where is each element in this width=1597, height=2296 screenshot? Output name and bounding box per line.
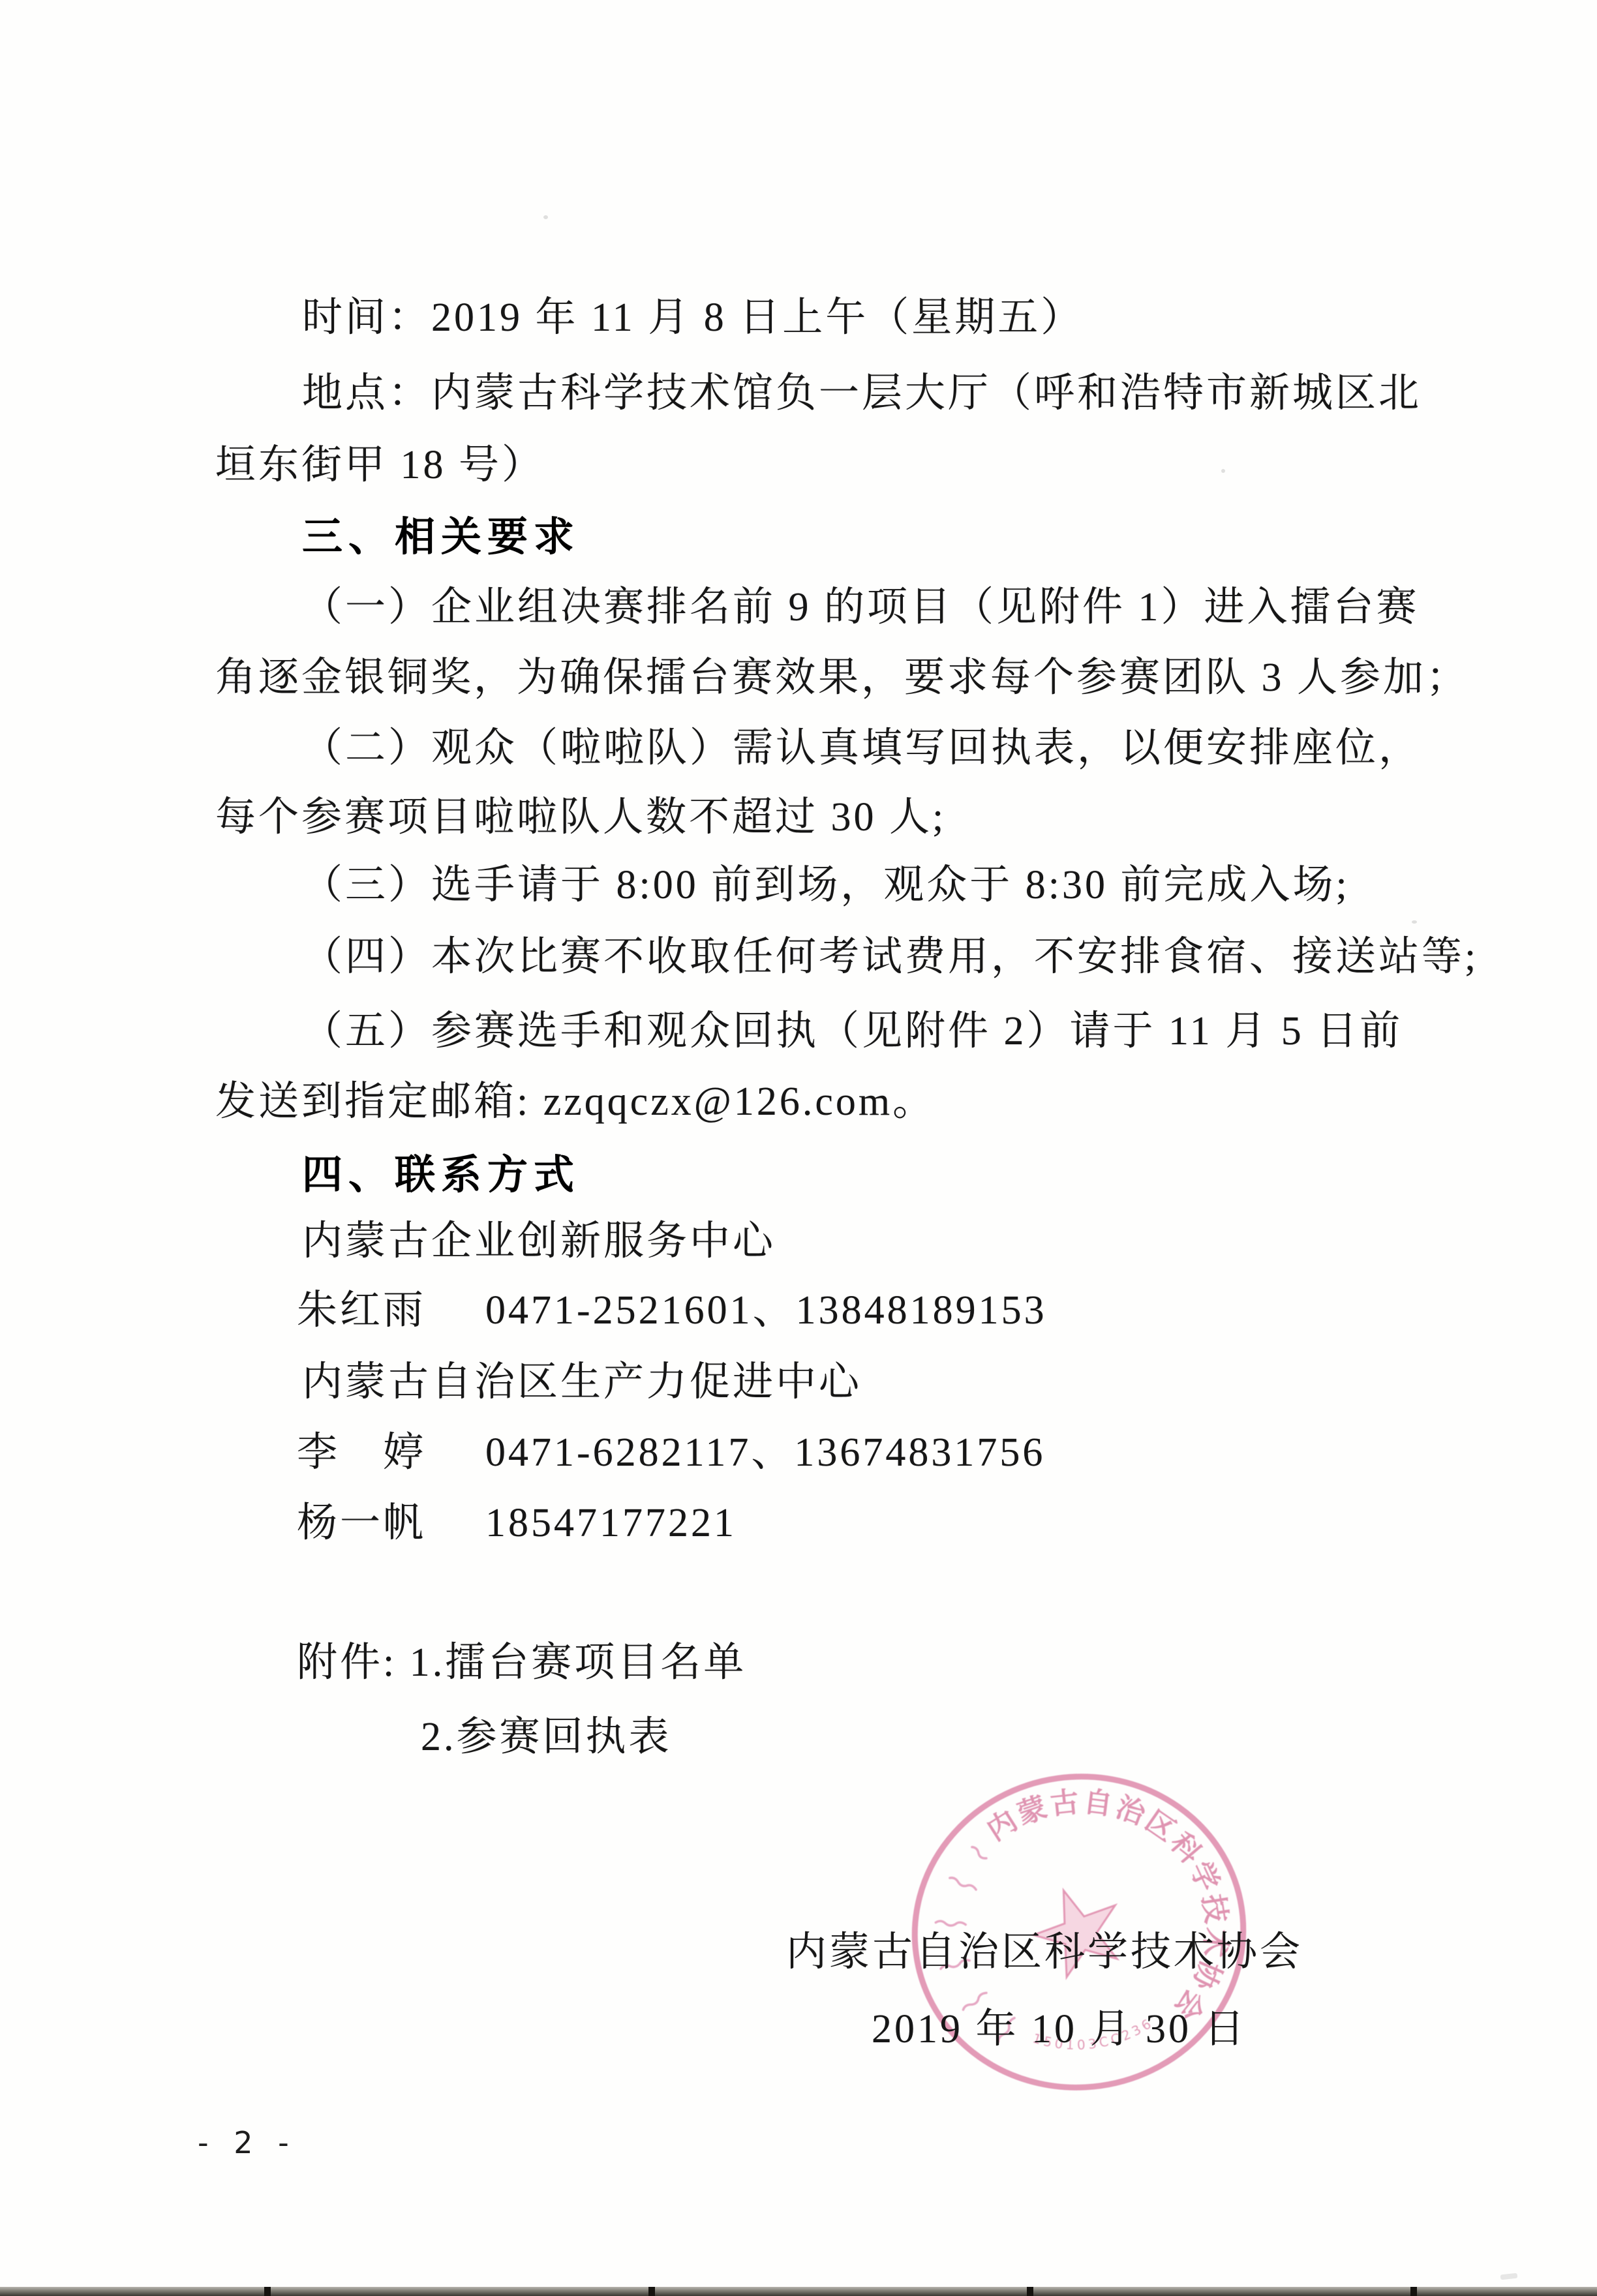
contact-name: 朱红雨 (297, 1288, 485, 1334)
line-place-2: 垣东街甲 18 号） (215, 442, 545, 489)
signature-date: 2019 年 10 月 30 日 (872, 2006, 1247, 2053)
scan-edge-strip (0, 2287, 1597, 2296)
section-heading-3: 三、相关要求 (302, 514, 580, 560)
contact-number: 0471-2521601、13848189153 (485, 1288, 1047, 1333)
line-req3: （三）选手请于 8:00 前到场，观众于 8:30 前完成入场; (302, 862, 1350, 909)
line-req1-b: 角逐金银铜奖，为确保擂台赛效果，要求每个参赛团队 3 人参加； (215, 655, 1469, 701)
line-req2-a: （二）观众（啦啦队）需认真填写回执表，以便安排座位， (302, 725, 1422, 772)
contact-number: 18547177221 (485, 1501, 737, 1545)
scan-edge-mark (264, 2287, 271, 2296)
line-place-1: 地点：内蒙古科学技术馆负一层大厅（呼和浩特市新城区北 (302, 370, 1422, 417)
scan-smudge (1500, 2273, 1518, 2280)
signature-org: 内蒙古自治区科学技术协会 (786, 1929, 1303, 1976)
contact-row: 朱红雨0471-2521601、13848189153 (297, 1288, 1047, 1334)
line-req5-a: （五）参赛选手和观众回执（见附件 2）请于 11 月 5 日前 (302, 1008, 1403, 1055)
line-req4: （四）本次比赛不收取任何考试费用，不安排食宿、接送站等; (302, 934, 1478, 980)
contact-number: 0471-6282117、13674831756 (485, 1430, 1045, 1475)
document-page: 时间：2019 年 11 月 8 日上午（星期五） 地点：内蒙古科学技术馆负一层… (0, 0, 1597, 2296)
page-number: - 2 - (198, 2125, 297, 2160)
contact-row: 李 婷0471-6282117、13674831756 (297, 1430, 1045, 1476)
line-org-2: 内蒙古自治区生产力促进中心 (302, 1359, 862, 1406)
line-attachment-2: 2.参赛回执表 (421, 1714, 672, 1760)
line-attachment-1: 附件: 1.擂台赛项目名单 (297, 1640, 746, 1686)
scan-edge-mark (1027, 2287, 1033, 2296)
section-heading-4: 四、联系方式 (302, 1152, 580, 1198)
line-org-1: 内蒙古企业创新服务中心 (302, 1218, 776, 1265)
contact-name: 杨一帆 (297, 1500, 485, 1547)
scan-edge-mark (1410, 2287, 1417, 2296)
scan-edge-mark (648, 2287, 655, 2296)
scan-speck (1412, 920, 1417, 924)
scan-speck (1221, 469, 1225, 473)
line-time: 时间：2019 年 11 月 8 日上午（星期五） (302, 295, 1084, 341)
contact-row: 杨一帆18547177221 (297, 1500, 737, 1547)
line-req2-b: 每个参赛项目啦啦队人数不超过 30 人; (215, 794, 946, 841)
line-req5-b: 发送到指定邮箱: zzqqczx@126.com。 (215, 1079, 935, 1125)
scan-speck (543, 215, 548, 219)
contact-name: 李 婷 (297, 1430, 485, 1476)
line-req1-a: （一）企业组决赛排名前 9 的项目（见附件 1）进入擂台赛 (302, 584, 1420, 631)
